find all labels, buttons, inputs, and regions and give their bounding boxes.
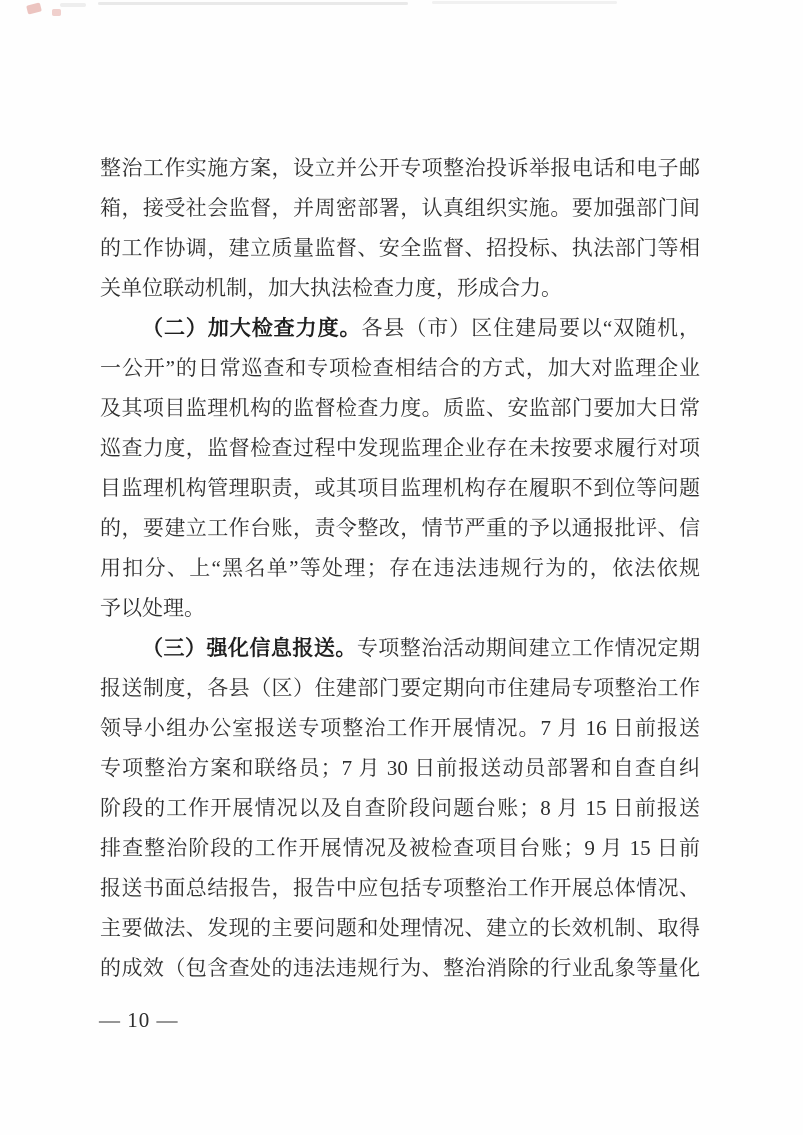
text-segment: 主要做法、发现的主要问题和处理情况、建立的长效机制、取得 [100,916,700,940]
text-segment: 整治工作实施方案，设立并公开专项整治投诉举报电话和电子邮 [100,156,700,180]
text-line: 主要做法、发现的主要问题和处理情况、建立的长效机制、取得 [100,908,700,948]
section-heading: （三）强化信息报送。 [142,636,357,660]
text-segment: 箱，接受社会监督，并周密部署，认真组织实施。要加强部门间 [100,196,700,220]
text-segment: 目监理机构管理职责，或其项目监理机构存在履职不到位等问题 [100,476,700,500]
text-segment: 用扣分、上“黑名单”等处理；存在违法违规行为的，依法依规 [100,556,700,580]
text-line: 的成效（包含查处的违法违规行为、整治消除的行业乱象等量化 [100,948,700,988]
text-segment: 领导小组办公室报送专项整治工作开展情况。7 月 16 日前报送 [100,716,700,740]
text-line: （二）加大检查力度。各县（市）区住建局要以“双随机， [100,308,700,348]
text-line: 及其项目监理机构的监督检查力度。质监、安监部门要加大日常 [100,388,700,428]
text-segment: 专项整治方案和联络员；7 月 30 日前报送动员部署和自查自纠 [100,756,700,780]
scan-artifact-red-mark [52,9,61,16]
text-line: 领导小组办公室报送专项整治工作开展情况。7 月 16 日前报送 [100,708,700,748]
text-segment: 巡查力度，监督检查过程中发现监理企业存在未按要求履行对项 [100,436,700,460]
scan-artifact-streak [98,2,408,5]
text-segment: 报送书面总结报告，报告中应包括专项整治工作开展总体情况、 [100,876,700,900]
text-segment: 予以处理。 [100,596,205,620]
scan-artifact-streak [432,1,617,4]
document-page: 整治工作实施方案，设立并公开专项整治投诉举报电话和电子邮 箱，接受社会监督，并周… [0,0,803,1135]
text-line: 排查整治阶段的工作开展情况及被检查项目台账；9 月 15 日前 [100,828,700,868]
text-line: 箱，接受社会监督，并周密部署，认真组织实施。要加强部门间 [100,188,700,228]
document-body: 整治工作实施方案，设立并公开专项整治投诉举报电话和电子邮 箱，接受社会监督，并周… [100,148,700,988]
text-segment: 排查整治阶段的工作开展情况及被检查项目台账；9 月 15 日前 [100,836,700,860]
text-line: 予以处理。 [100,588,700,628]
text-segment: 报送制度，各县（区）住建部门要定期向市住建局专项整治工作 [100,676,700,700]
text-line: 巡查力度，监督检查过程中发现监理企业存在未按要求履行对项 [100,428,700,468]
text-line: 报送书面总结报告，报告中应包括专项整治工作开展总体情况、 [100,868,700,908]
text-segment: 的成效（包含查处的违法违规行为、整治消除的行业乱象等量化 [100,956,700,980]
scan-artifact-red-mark [26,2,42,14]
text-line: 目监理机构管理职责，或其项目监理机构存在履职不到位等问题 [100,468,700,508]
text-line: 整治工作实施方案，设立并公开专项整治投诉举报电话和电子邮 [100,148,700,188]
text-line: 一公开”的日常巡查和专项检查相结合的方式，加大对监理企业 [100,348,700,388]
text-line: 的工作协调，建立质量监督、安全监督、招投标、执法部门等相 [100,228,700,268]
page-number: — 10 — [99,1003,179,1037]
text-segment: 阶段的工作开展情况以及自查阶段问题台账；8 月 15 日前报送 [100,796,700,820]
text-segment: 一公开”的日常巡查和专项检查相结合的方式，加大对监理企业 [100,356,700,380]
text-line: （三）强化信息报送。专项整治活动期间建立工作情况定期 [100,628,700,668]
text-line: 专项整治方案和联络员；7 月 30 日前报送动员部署和自查自纠 [100,748,700,788]
text-segment: 及其项目监理机构的监督检查力度。质监、安监部门要加大日常 [100,396,700,420]
text-line: 用扣分、上“黑名单”等处理；存在违法违规行为的，依法依规 [100,548,700,588]
section-heading: （二）加大检查力度。 [142,316,361,340]
scan-artifact-streak [60,3,86,7]
text-line: 阶段的工作开展情况以及自查阶段问题台账；8 月 15 日前报送 [100,788,700,828]
text-segment: 的工作协调，建立质量监督、安全监督、招投标、执法部门等相 [100,236,700,260]
text-segment: 专项整治活动期间建立工作情况定期 [357,636,700,660]
text-line: 报送制度，各县（区）住建部门要定期向市住建局专项整治工作 [100,668,700,708]
text-segment: 关单位联动机制，加大执法检查力度，形成合力。 [100,276,562,300]
text-segment: 的，要建立工作台账，责令整改，情节严重的予以通报批评、信 [100,516,700,540]
text-line: 的，要建立工作台账，责令整改，情节严重的予以通报批评、信 [100,508,700,548]
text-line: 关单位联动机制，加大执法检查力度，形成合力。 [100,268,700,308]
text-segment: 各县（市）区住建局要以“双随机， [361,316,700,340]
